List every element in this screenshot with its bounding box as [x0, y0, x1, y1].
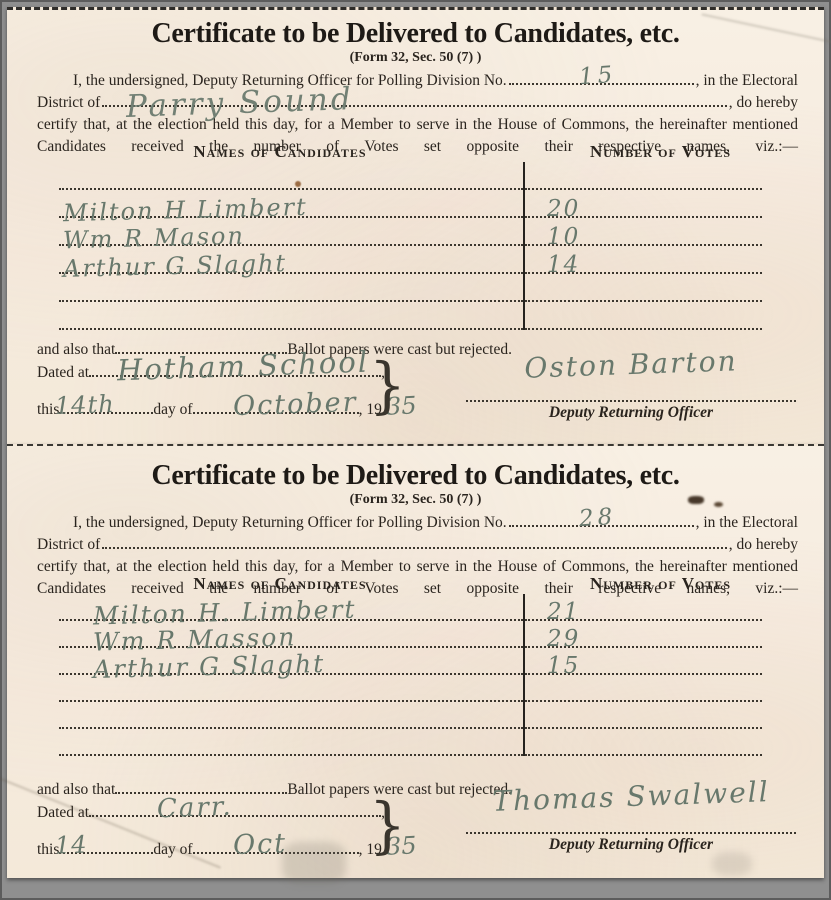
candidate-name-cell	[37, 274, 523, 302]
table-row: Wm R Masson 29	[37, 621, 798, 648]
dated-at-line: Dated at Carr. ,	[37, 802, 385, 822]
polling-division-blank: 15	[509, 70, 694, 85]
date-brace: }	[369, 355, 406, 416]
after-district-text: , do hereby	[729, 534, 798, 556]
candidate-name-cell	[37, 702, 523, 729]
table-row: Milton H. Limbert 21	[37, 594, 798, 621]
candidate-name-cell	[37, 302, 523, 330]
table-header: Names of Candidates Number of Votes	[37, 574, 798, 594]
rejected-blank	[115, 340, 287, 354]
vote-count-cell	[523, 302, 798, 330]
day-value: 14	[55, 830, 89, 859]
this-label: this	[37, 401, 59, 419]
day-value: 14th	[55, 390, 116, 420]
officer-title: Deputy Returning Officer	[466, 836, 796, 854]
vote-count-cell	[523, 274, 798, 302]
intro-line-1: I, the undersigned, Deputy Returning Off…	[37, 70, 798, 92]
candidate-name-cell: Wm R Mason	[37, 218, 523, 246]
row-dotted-line	[59, 328, 523, 330]
polling-division-value: 15	[578, 64, 617, 89]
month-blank: Oct	[193, 839, 359, 854]
signature-value: Thomas Swalwell	[466, 774, 797, 818]
polling-division-value: 28	[578, 506, 617, 531]
table-row: Wm R Mason 10	[37, 218, 798, 246]
dated-at-line: Dated at Hotham School ,	[37, 362, 385, 382]
candidate-name-cell	[37, 729, 523, 756]
signature-line	[466, 832, 796, 834]
table-header: Names of Candidates Number of Votes	[37, 142, 798, 162]
month-blank: October	[193, 399, 359, 414]
table-row	[37, 675, 798, 702]
candidate-name-cell: Wm R Masson	[37, 621, 523, 648]
district-label: District of	[37, 534, 100, 556]
dated-at-label: Dated at	[37, 804, 89, 822]
certificate-1-paper: Certificate to be Delivered to Candidate…	[7, 7, 824, 444]
table-row: Arthur G Slaght 14	[37, 246, 798, 274]
signature-block: Thomas Swalwell Deputy Returning Officer	[466, 786, 796, 852]
district-blank	[102, 534, 726, 549]
intro-text-before-no: I, the undersigned, Deputy Returning Off…	[73, 512, 507, 534]
vote-count-cell: 21	[523, 594, 798, 621]
day-blank: 14th	[59, 399, 153, 414]
vote-count-cell: 29	[523, 621, 798, 648]
rejected-prefix: and also that	[37, 341, 115, 359]
certificate-title: Certificate to be Delivered to Candidate…	[7, 460, 824, 492]
form-reference: (Form 32, Sec. 50 (7) )	[7, 50, 824, 66]
signature-line	[466, 400, 796, 402]
date-line: this 14 day of Oct , 19 35	[37, 832, 416, 860]
vote-count-cell: 20	[523, 190, 798, 218]
table-row	[37, 274, 798, 302]
table-row: Arthur G Slaght 15	[37, 648, 798, 675]
intro-text-after-no: , in the Electoral	[696, 512, 798, 534]
candidate-name-cell: Milton H. Limbert	[37, 594, 523, 621]
month-value: Oct	[232, 828, 287, 861]
intro-line-1: I, the undersigned, Deputy Returning Off…	[37, 512, 798, 534]
row-dotted-line	[525, 754, 762, 756]
table-row	[37, 729, 798, 756]
table-rows: Milton H. Limbert 21 Wm R Masson 29 Arth…	[37, 594, 798, 756]
intro-line-2: District of , do hereby	[37, 534, 798, 556]
table-row	[37, 162, 798, 190]
table-row	[37, 302, 798, 330]
candidate-name-cell	[37, 162, 523, 190]
month-value: October	[232, 387, 358, 422]
table-row: Milton H Limbert 20	[37, 190, 798, 218]
intro-text-before-no: I, the undersigned, Deputy Returning Off…	[73, 70, 507, 92]
intro-line-2: District of Parry Sound , do hereby	[37, 92, 798, 114]
photo-frame: Certificate to be Delivered to Candidate…	[0, 0, 831, 900]
certificate-2-paper: Certificate to be Delivered to Candidate…	[7, 444, 824, 878]
officer-title: Deputy Returning Officer	[466, 404, 796, 422]
certificate-2: Certificate to be Delivered to Candidate…	[7, 446, 824, 878]
candidate-name-cell: Milton H Limbert	[37, 190, 523, 218]
after-district-text: , do hereby	[729, 92, 798, 114]
candidate-name-cell	[37, 675, 523, 702]
polling-division-blank: 28	[509, 512, 694, 527]
day-of-label: day of	[153, 401, 192, 419]
certificate-1: Certificate to be Delivered to Candidate…	[7, 10, 824, 444]
date-line: this 14th day of October , 19 35	[37, 392, 416, 420]
vote-count-cell: 15	[523, 648, 798, 675]
signature-block: Oston Barton Deputy Returning Officer	[466, 354, 796, 420]
candidate-name-cell: Arthur G Slaght	[37, 648, 523, 675]
date-brace: }	[369, 795, 406, 856]
row-dotted-line	[59, 754, 523, 756]
intro-text-after-no: , in the Electoral	[696, 70, 798, 92]
form-reference: (Form 32, Sec. 50 (7) )	[7, 492, 824, 508]
district-blank: Parry Sound	[102, 92, 726, 107]
candidates-table: Names of Candidates Number of Votes Milt…	[37, 142, 798, 330]
table-rows: Milton H Limbert 20 Wm R Mason 10 Arthur…	[37, 162, 798, 330]
certificate-title: Certificate to be Delivered to Candidate…	[7, 18, 824, 50]
dated-at-blank: Hotham School	[89, 362, 381, 377]
row-dotted-line	[525, 328, 762, 330]
votes-header: Number of Votes	[523, 574, 798, 594]
district-label: District of	[37, 92, 100, 114]
names-header: Names of Candidates	[37, 142, 523, 162]
vote-count-cell: 14	[523, 246, 798, 274]
vote-count-cell	[523, 162, 798, 190]
dated-at-label: Dated at	[37, 364, 89, 382]
table-row	[37, 702, 798, 729]
vote-count-cell	[523, 702, 798, 729]
rejected-ballots-line: and also that Ballot papers were cast bu…	[37, 780, 512, 799]
this-label: this	[37, 841, 59, 859]
rejected-ballots-line: and also that Ballot papers were cast bu…	[37, 340, 512, 359]
vote-count-cell: 10	[523, 218, 798, 246]
day-blank: 14	[59, 839, 153, 854]
candidate-name-cell: Arthur G Slaght	[37, 246, 523, 274]
votes-header: Number of Votes	[523, 142, 798, 162]
dated-at-blank: Carr.	[89, 802, 381, 817]
vote-count-cell	[523, 675, 798, 702]
names-header: Names of Candidates	[37, 574, 523, 594]
candidates-table: Names of Candidates Number of Votes Milt…	[37, 574, 798, 756]
vote-count-cell	[523, 729, 798, 756]
rejected-blank	[115, 780, 287, 794]
signature-value: Oston Barton	[466, 342, 797, 386]
